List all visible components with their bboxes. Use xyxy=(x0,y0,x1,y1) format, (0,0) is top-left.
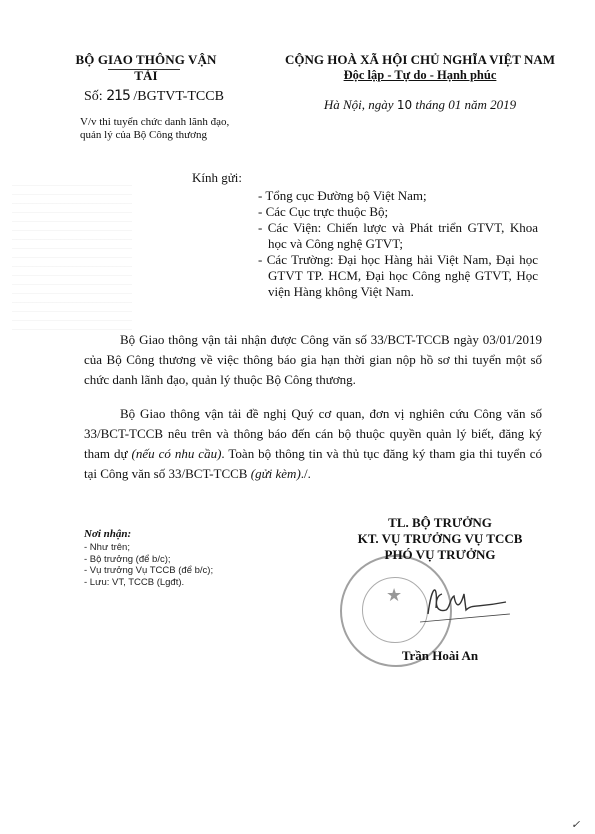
issuing-organization: BỘ GIAO THÔNG VẬN TẢI xyxy=(66,52,226,84)
national-motto: Độc lập - Tự do - Hạnh phúc xyxy=(270,68,570,83)
national-title: CỘNG HOÀ XÃ HỘI CHỦ NGHĨA VIỆT NAM xyxy=(270,52,570,68)
scan-artifact xyxy=(12,180,132,330)
document-subject: V/v thi tuyển chức danh lãnh đạo, quản l… xyxy=(80,116,229,142)
check-mark-icon: ✓ xyxy=(571,818,580,831)
date-suffix: tháng 01 năm 2019 xyxy=(415,97,516,112)
recipient-item: - Các Trường: Đại học Hàng hải Việt Nam,… xyxy=(258,252,538,300)
handwritten-signature xyxy=(420,574,510,624)
paragraph-1-text: Bộ Giao thông vận tải nhận được Công văn… xyxy=(84,332,542,387)
body-paragraph-2: Bộ Giao thông vận tải đề nghị Quý cơ qua… xyxy=(84,404,542,484)
body-paragraph-1: Bộ Giao thông vận tải nhận được Công văn… xyxy=(84,330,542,390)
signer-name: Trần Hoài An xyxy=(330,648,550,664)
sign-line-2: KT. VỤ TRƯỞNG VỤ TCCB xyxy=(330,531,550,547)
document-number: Số: 215 /BGTVT-TCCB xyxy=(84,88,224,105)
sign-line-1: TL. BỘ TRƯỞNG xyxy=(330,515,550,531)
recipient-item: - Các Viện: Chiến lược và Phát triển GTV… xyxy=(258,220,538,252)
paragraph-2-italic-1: (nếu có nhu cầu) xyxy=(132,446,222,461)
recipient-list: - Tổng cục Đường bộ Việt Nam; - Các Cục … xyxy=(258,188,538,300)
date-line: Hà Nội, ngày 10 tháng 01 năm 2019 xyxy=(270,97,570,113)
star-icon: ★ xyxy=(386,585,402,606)
date-day: 10 xyxy=(397,98,412,112)
number-prefix: Số: xyxy=(84,89,103,104)
recipient-item: - Tổng cục Đường bộ Việt Nam; xyxy=(258,188,538,204)
recipient-item: - Các Cục trực thuộc Bộ; xyxy=(258,204,538,220)
recipients-footer-item: - Lưu: VT, TCCB (Lgđt). xyxy=(84,577,213,589)
number-suffix: /BGTVT-TCCB xyxy=(133,89,224,104)
header-underline xyxy=(108,69,180,70)
date-prefix: Hà Nội, ngày xyxy=(324,97,394,112)
sign-line-3: PHÓ VỤ TRƯỞNG xyxy=(330,547,550,563)
paragraph-2-end: ./. xyxy=(301,466,311,481)
recipients-footer-item: - Như trên; xyxy=(84,542,213,554)
recipients-footer-item: - Vụ trưởng Vụ TCCB (để b/c); xyxy=(84,565,213,577)
subject-line-2: quản lý của Bộ Công thương xyxy=(80,129,229,142)
signature-block: TL. BỘ TRƯỞNG KT. VỤ TRƯỞNG VỤ TCCB PHÓ … xyxy=(330,515,550,563)
subject-line-1: V/v thi tuyển chức danh lãnh đạo, xyxy=(80,116,229,129)
greeting: Kính gửi: xyxy=(192,170,242,186)
recipients-footer-list: - Như trên; - Bộ trưởng (để b/c); - Vụ t… xyxy=(84,542,213,588)
recipients-footer-title: Nơi nhận: xyxy=(84,528,131,540)
paragraph-2-italic-2: (gửi kèm) xyxy=(251,466,301,481)
number-handwritten: 215 xyxy=(106,88,130,104)
recipients-footer-item: - Bộ trưởng (để b/c); xyxy=(84,554,213,566)
